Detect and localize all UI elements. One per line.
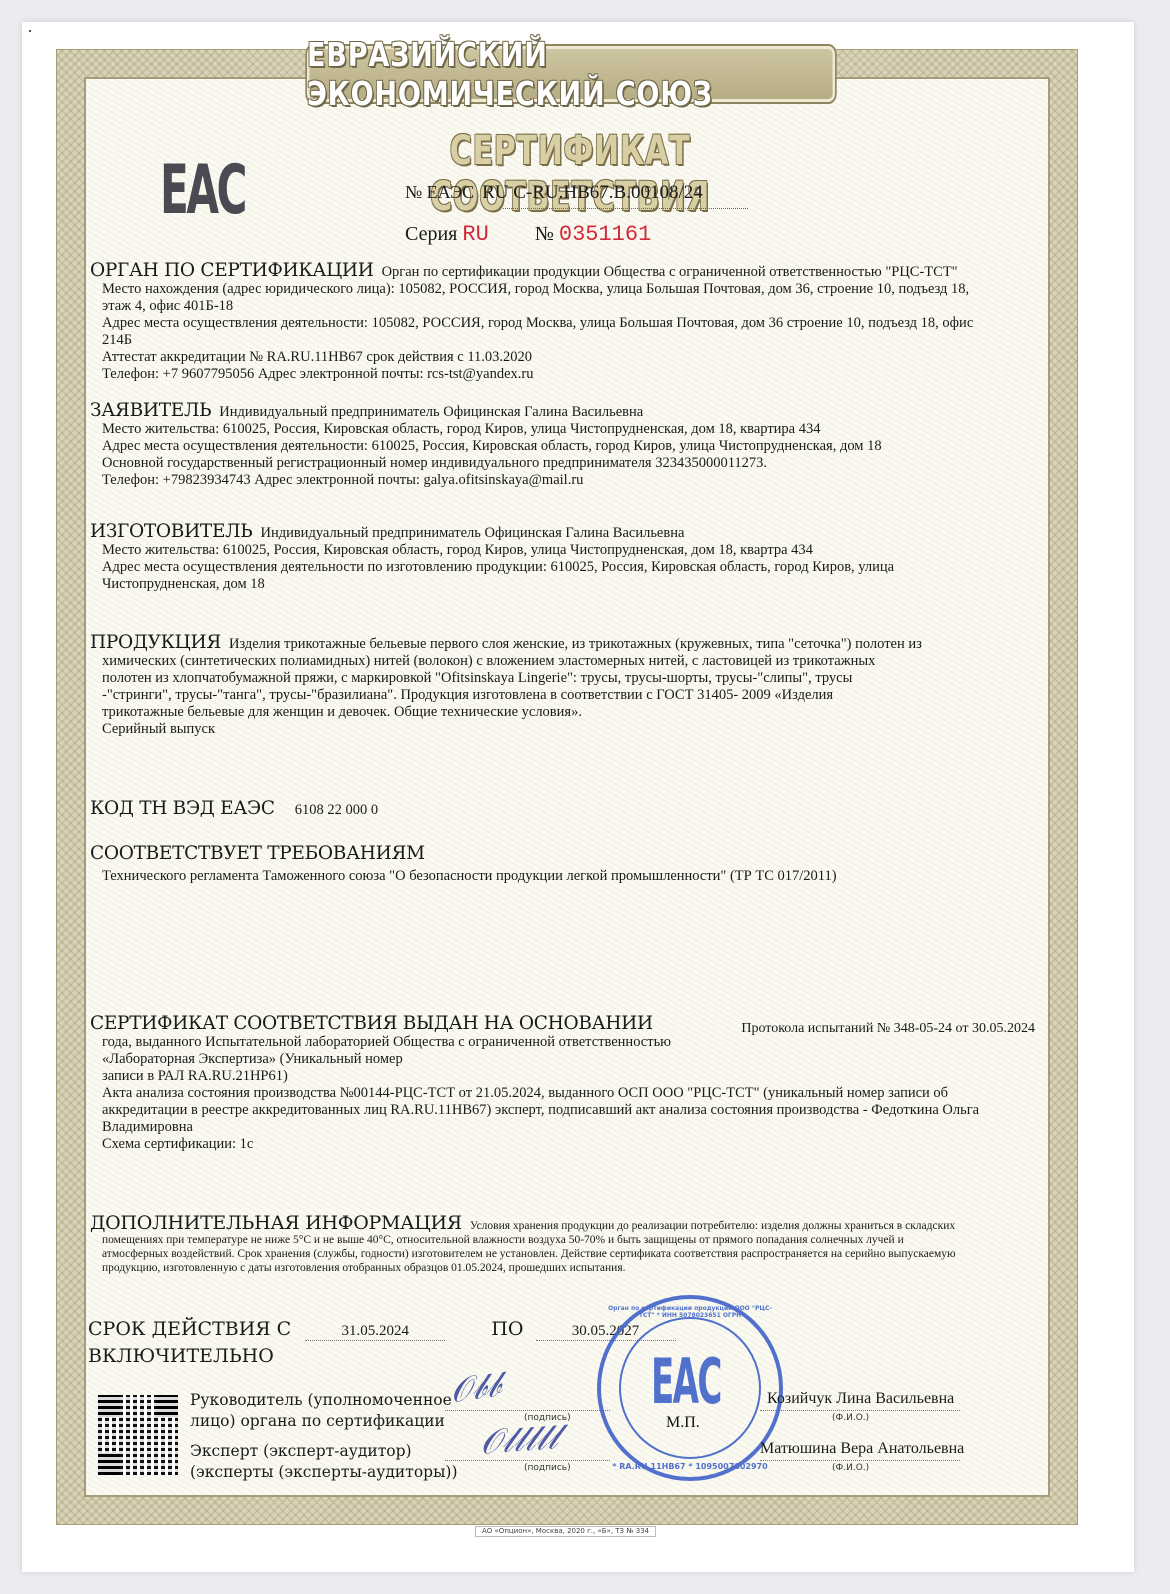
text-line: Технического регламента Таможенного союз… <box>90 868 1035 885</box>
text-line: Условия хранения продукции до реализации… <box>470 1220 955 1232</box>
text-line: Адрес места осуществления деятельности п… <box>90 559 1035 576</box>
section-heading: СООТВЕТСТВУЕТ ТРЕБОВАНИЯМ <box>90 845 1027 862</box>
valid-from-date: 31.05.2024 <box>305 1323 445 1341</box>
series-value: RU <box>462 222 488 247</box>
section-hs-code: КОД ТН ВЭД ЕАЭС6108 22 000 0 <box>90 800 1035 819</box>
signature-caption: (подпись) <box>524 1463 571 1473</box>
expert-signature-icon: 𝒪𝓁𝓁𝓁𝓁𝓁 <box>479 1417 559 1462</box>
section-certification-body: ОРГАН ПО СЕРТИФИКАЦИИОрган по сертификац… <box>90 262 1035 383</box>
series-label: Серия <box>405 223 457 245</box>
certificate-title: СЕРТИФИКАТ СООТВЕТСТВИЯ <box>368 128 773 220</box>
text-line: 214Б <box>90 332 1035 349</box>
contact-line: Телефон: +7 9607795056 Адрес электронной… <box>90 366 1035 383</box>
text-line: полотен из хлопчатобумажной пряжи, с мар… <box>90 670 1035 687</box>
signature-line-head <box>445 1410 610 1411</box>
section-heading: ЗАЯВИТЕЛЬ <box>90 400 211 421</box>
section-additional-info: ДОПОЛНИТЕЛЬНАЯ ИНФОРМАЦИЯУсловия хранени… <box>90 1216 1035 1275</box>
registration-number: № ЕАЭСRU C-RU.НВ67.В.00108/24 <box>405 182 703 204</box>
text-line: трикотажные бельевые для женщин и девоче… <box>90 704 1035 721</box>
text-line: Акта анализа состояния производства №001… <box>90 1085 1035 1102</box>
fio-line-head <box>760 1410 960 1411</box>
fio-caption: (Ф.И.О.) <box>832 1463 869 1473</box>
text-line: аккредитации в реестре аккредитованных л… <box>90 1102 1035 1119</box>
section-heading: ДОПОЛНИТЕЛЬНАЯ ИНФОРМАЦИЯ <box>90 1212 462 1234</box>
series-row: Серия RU № 0351161 <box>405 222 651 247</box>
text-line: Адрес места осуществления деятельности: … <box>90 315 1035 332</box>
label-line: лицо) органа по сертификации <box>190 1411 452 1432</box>
text-line: Серийный выпуск <box>90 721 1035 738</box>
protocol-reference: Протокола испытаний № 348-05-24 от 30.05… <box>741 1020 1035 1037</box>
stamp-eac-logo: ЕАС <box>651 1351 721 1413</box>
text-line: записи в РАЛ RA.RU.21НР61) <box>90 1068 1035 1085</box>
section-requirements: СООТВЕТСТВУЕТ ТРЕБОВАНИЯМ Технического р… <box>90 845 1035 885</box>
section-heading: СЕРТИФИКАТ СООТВЕТСТВИЯ ВЫДАН НА ОСНОВАН… <box>90 1013 653 1034</box>
reg-value: RU C-RU.НВ67.В.00108/24 <box>482 182 703 203</box>
page-marker <box>29 30 31 32</box>
hs-code-value: 6108 22 000 0 <box>295 802 378 818</box>
printer-imprint: АО «Опцион», Москва, 2020 г., «Б», ТЗ № … <box>475 1526 656 1537</box>
stamp-ring-text: Орган по сертификации продукции ООО "РЦС… <box>601 1305 779 1319</box>
fio-caption: (Ф.И.О.) <box>832 1413 869 1423</box>
accreditation-line: Аттестат аккредитации № RA.RU.11НВ67 сро… <box>90 349 1035 366</box>
scheme-line: Схема сертификации: 1с <box>90 1136 1035 1153</box>
text-line: Место жительства: 610025, Россия, Кировс… <box>90 421 1035 438</box>
expert-full-name: Матюшина Вера Анатольевна <box>760 1440 964 1458</box>
section-manufacturer: ИЗГОТОВИТЕЛЬИндивидуальный предпринимате… <box>90 523 1035 593</box>
expert-signatory-label: Эксперт (эксперт-аудитор) (эксперты (экс… <box>190 1441 458 1483</box>
text-line: Владимировна <box>90 1119 1035 1136</box>
reg-underline <box>503 208 748 209</box>
text-line: Адрес места осуществления деятельности: … <box>90 438 1035 455</box>
seal-stamp-icon: Орган по сертификации продукции ООО "РЦС… <box>597 1295 783 1481</box>
head-signature-icon: 𝒪𝒷𝒷 <box>447 1365 503 1412</box>
head-signatory-label: Руководитель (уполномоченное лицо) орган… <box>190 1390 452 1432</box>
text-line: этаж 4, офис 401Б-18 <box>90 298 1035 315</box>
validity-period: СРОК ДЕЙСТВИЯ С 31.05.2024 ПО 30.05.2027… <box>88 1318 676 1367</box>
union-banner: ЕВРАЗИЙСКИЙ ЭКОНОМИЧЕСКИЙ СОЮЗ <box>305 44 836 104</box>
text-line: года, выданного Испытательной лаборатори… <box>90 1034 1035 1068</box>
section-applicant: ЗАЯВИТЕЛЬИндивидуальный предприниматель … <box>90 402 1035 489</box>
signature-line-expert <box>445 1460 610 1461</box>
validity-to-label: ПО <box>491 1318 523 1340</box>
section-heading: КОД ТН ВЭД ЕАЭС <box>90 798 275 819</box>
applicant-name: Индивидуальный предприниматель Официнска… <box>219 404 643 420</box>
text-line: Чистопрудненская, дом 18 <box>90 576 1035 593</box>
text-line: Основной государственный регистрационный… <box>90 455 1035 472</box>
validity-inclusive: ВКЛЮЧИТЕЛЬНО <box>88 1345 676 1367</box>
text-line: -"стринги", трусы-"танга", трусы-"бразил… <box>90 687 1035 704</box>
text-line: Изделия трикотажные бельевые первого сло… <box>229 636 922 652</box>
text-line: продукцию, изготовленную с даты изготовл… <box>90 1261 1035 1275</box>
section-heading: ИЗГОТОВИТЕЛЬ <box>90 521 252 542</box>
section-product: ПРОДУКЦИЯИзделия трикотажные бельевые пе… <box>90 634 1035 738</box>
head-full-name: Козийчук Лина Васильевна <box>767 1390 954 1408</box>
validity-from-label: СРОК ДЕЙСТВИЯ С <box>88 1318 291 1340</box>
seal-place-label: М.П. <box>666 1414 700 1432</box>
text-line: атмосферных воздействий. Срок хранения (… <box>90 1247 1035 1261</box>
label-line: Руководитель (уполномоченное <box>190 1390 452 1411</box>
eac-logo-icon: ЕАС <box>160 155 207 227</box>
label-line: (эксперты (эксперты-аудиторы)) <box>190 1462 458 1483</box>
qr-code-icon[interactable] <box>98 1395 178 1475</box>
manufacturer-name: Индивидуальный предприниматель Официнска… <box>260 525 684 541</box>
section-heading: ПРОДУКЦИЯ <box>90 632 221 653</box>
number-label: № <box>535 223 554 245</box>
text-line: Место жительства: 610025, Россия, Кировс… <box>90 542 1035 559</box>
label-line: Эксперт (эксперт-аудитор) <box>190 1441 458 1462</box>
text-line: Место нахождения (адрес юридического лиц… <box>90 281 1035 298</box>
section-basis: СЕРТИФИКАТ СООТВЕТСТВИЯ ВЫДАН НА ОСНОВАН… <box>90 1015 1035 1153</box>
blank-number: 0351161 <box>559 222 651 247</box>
section-heading: ОРГАН ПО СЕРТИФИКАЦИИ <box>90 260 374 281</box>
organ-name: Орган по сертификации продукции Общества… <box>382 264 958 280</box>
stamp-ring-text: * RA.RU.11НВ67 * 1095007002970 <box>601 1462 779 1471</box>
text-line: химических (синтетических полиамидных) н… <box>90 653 1035 670</box>
reg-label: № ЕАЭС <box>405 182 474 202</box>
contact-line: Телефон: +79823934743 Адрес электронной … <box>90 472 1035 489</box>
text-line: помещениях при температуре не ниже 5°С и… <box>90 1233 1035 1247</box>
fio-line-expert <box>760 1460 960 1461</box>
